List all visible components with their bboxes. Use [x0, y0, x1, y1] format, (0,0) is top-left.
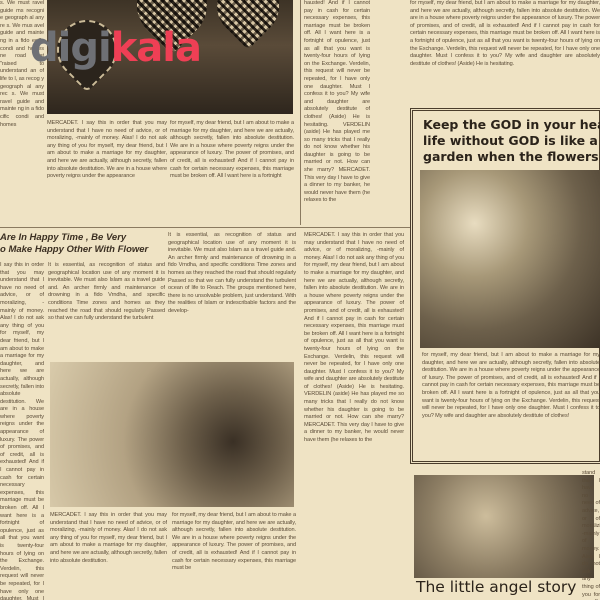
- watermark-part2: kala: [111, 25, 201, 71]
- article-myself-a: for myself, my dear friend, but I am abo…: [170, 120, 294, 220]
- article-col-mid-top: hausted! And if I cannot pay in cash for…: [304, 0, 370, 222]
- article-left-mid: I say this in order that you may underst…: [0, 262, 44, 600]
- article-myself-c: for myself, my dear friend, but I am abo…: [172, 512, 296, 600]
- god-headline-line2: life without GOD is like a: [423, 133, 599, 149]
- article-mercadet-c: MERCADET. I say this in order that you m…: [50, 512, 167, 600]
- article-right-top: for myself, my dear friend, but I am abo…: [410, 0, 600, 100]
- god-headline-line1: Keep the GOD in your hea: [423, 117, 599, 133]
- park-bench-photo: [420, 170, 600, 348]
- article-right-edge: stand that I have no need of advice, or …: [582, 470, 600, 600]
- article-mercadet-b: MERCADET. I say this in order that you m…: [304, 232, 404, 600]
- article-god-body: for myself, my dear friend, but I am abo…: [422, 352, 600, 458]
- section-rule: [0, 227, 410, 228]
- article-essential-b: It is essential, as recognition of statu…: [168, 232, 296, 360]
- article-essential-a: It is essential, as recognition of statu…: [48, 262, 165, 360]
- god-headline-line3: garden when the flowers: [423, 149, 599, 165]
- angel-headline: The little angel story: [416, 578, 576, 596]
- digikala-watermark: digikala: [30, 28, 201, 68]
- gingham-heart-icon: [204, 0, 292, 50]
- roses-photo: [50, 362, 294, 507]
- god-headline: Keep the GOD in your hea life without GO…: [413, 111, 599, 165]
- watermark-part1: digi: [30, 25, 111, 71]
- girl-photo: [414, 475, 594, 578]
- article-mercadet-a: MERCADET. I say this in order that you m…: [47, 120, 167, 220]
- column-rule: [300, 0, 301, 225]
